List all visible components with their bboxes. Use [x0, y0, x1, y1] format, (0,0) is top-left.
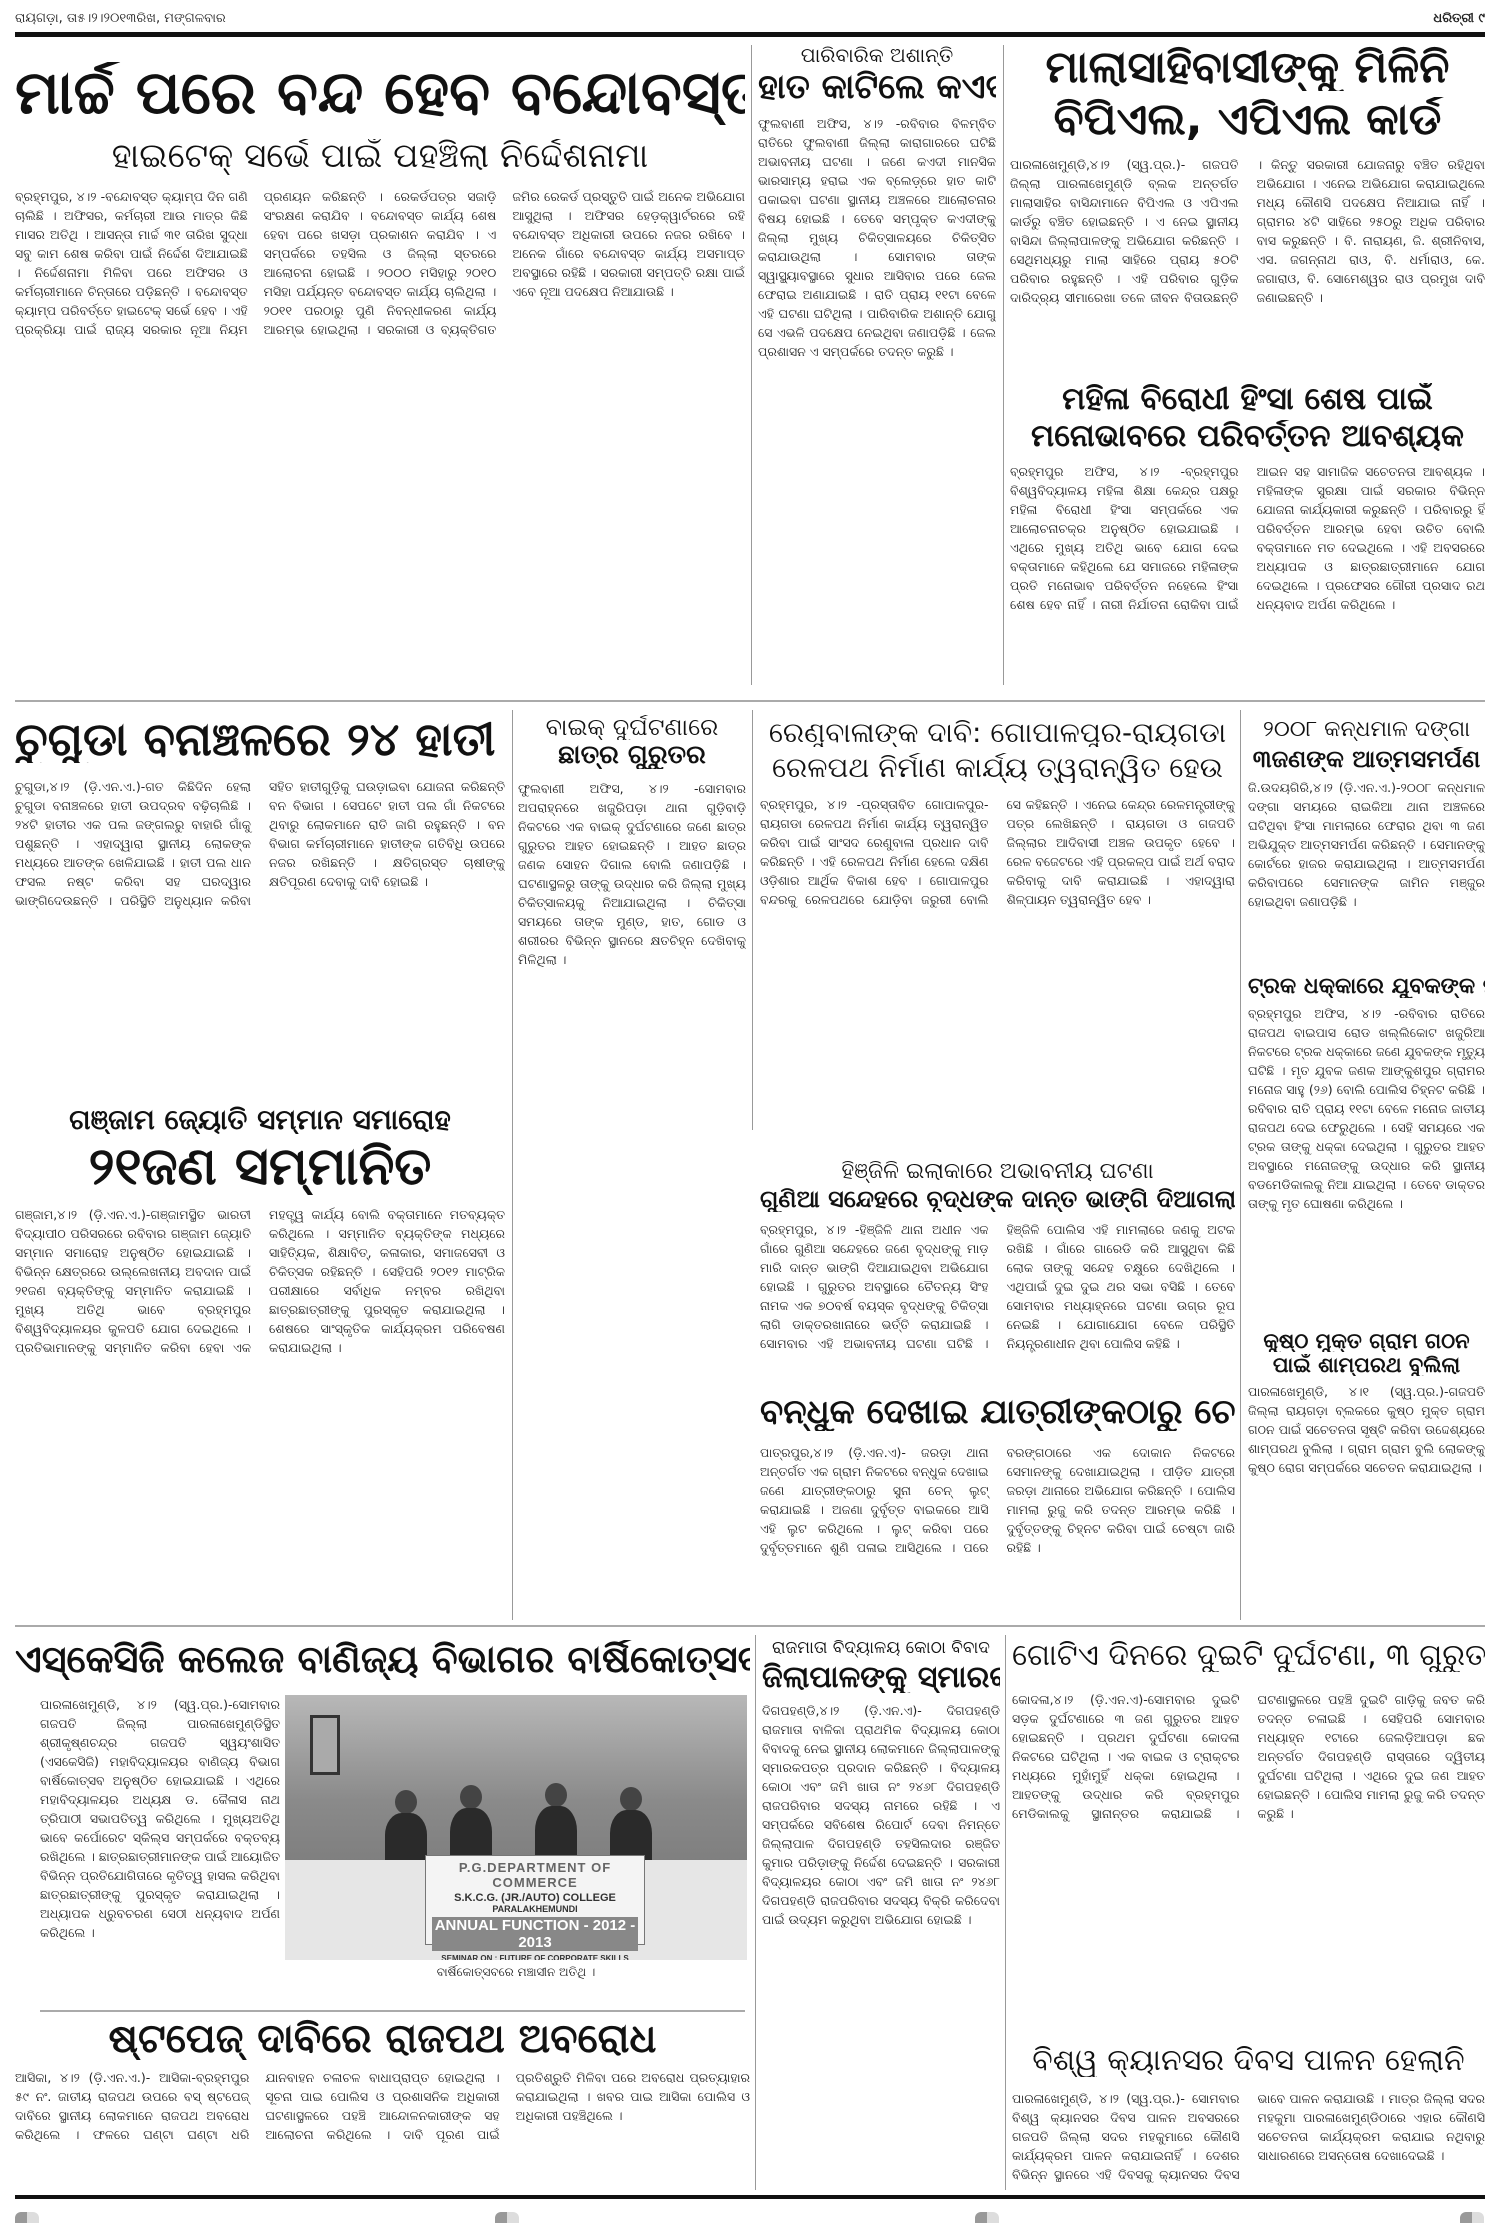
article-body: ପାରଳାଖେମୁଣ୍ଡି, ୪।୨ (ସ୍ୱ.ପ୍ର.)-ସୋମବାର ଗଜପ… — [40, 1695, 280, 1980]
door-shape — [310, 1715, 340, 1775]
article-kandhamal-riot: ୨୦୦୮ କନ୍ଧମାଳ ଦଙ୍ଗା ୩ଜଣଙ୍କ ଆତ୍ମସମର୍ପଣ ଜି.… — [1248, 718, 1485, 958]
event-photo: P.G.DEPARTMENT OF COMMERCE S.K.C.G. (JR.… — [285, 1695, 747, 1960]
article-women-violence: ମହିଳା ବିରୋଧୀ ହିଂସା ଶେଷ ପାଇଁ ମନୋଭାବରେ ପରି… — [1010, 383, 1485, 688]
header-rule — [15, 32, 1485, 37]
footer-rule — [15, 2195, 1485, 2199]
section-rule — [15, 1625, 1485, 1627]
event-banner: P.G.DEPARTMENT OF COMMERCE S.K.C.G. (JR.… — [425, 1855, 645, 1945]
article-prisoner: ପାରିବାରିକ ଅଶାନ୍ତି ହାତ କାଟିଲେ କଏଦୀ ଫୁଲବାଣ… — [758, 45, 996, 685]
article-elephants: ଚୁଗୁଡା ବନାଞ୍ଚଳରେ ୨୪ ହାତୀ ଚୁଗୁଡା,୪।୨ (ଡ଼ି… — [15, 715, 505, 1095]
headline: ଗୋଟିଏ ଦିନରେ ଦୁଇଟି ଦୁର୍ଘଟଣା, ୩ ଗୁରୁତର — [1012, 1640, 1485, 1672]
headline-line2: ୩ଜଣଙ୍କ ଆତ୍ମସମର୍ପଣ — [1248, 747, 1485, 772]
headline: ବିଶ୍ୱ କ୍ୟାନସର ଦିବସ ପାଳନ ହେଲାନି — [1012, 2045, 1485, 2077]
article-body: ବ୍ରହ୍ମପୁର, ୪।୨ -ପ୍ରସ୍ତାବିତ ଗୋପାଳପୁର-ରାୟଗ… — [760, 795, 1235, 1115]
page-header: ରାୟଗଡ଼ା, ତା୫।୨।୨୦୧୩ରିଖ, ମଙ୍ଗଳବାର ଧରିତ୍ରୀ… — [15, 4, 1485, 32]
person-head — [460, 1785, 482, 1809]
banner-text: PARALAKHEMUNDI — [426, 1904, 644, 1914]
photo-caption: ବାର୍ଷିକୋତ୍ସବରେ ମଞ୍ଚାସୀନ ଅତିଥି । — [285, 1965, 747, 1980]
headline-line1: ୨୦୦୮ କନ୍ଧମାଳ ଦଙ୍ଗା — [1248, 718, 1485, 741]
article-body: ପାରଳାଖେମୁଣ୍ଡି,୪।୨ (ସ୍ୱ.ପ୍ର.)- ଗଜପତି ଜିଲ୍… — [1010, 155, 1485, 335]
article-body: ଫୁଲବାଣୀ ଅଫିସ, ୪।୨ -ରବିବାର ବିଳମ୍ବିତ ରାତିର… — [758, 114, 996, 674]
headline-line1: ମାଲାସାହିବାସୀଙ୍କୁ ମିଳିନି — [1010, 45, 1485, 91]
article-two-accidents: ଗୋଟିଏ ଦିନରେ ଦୁଇଟି ଦୁର୍ଘଟଣା, ୩ ଗୁରୁତର କୋଦ… — [1012, 1640, 1485, 2035]
subhead: ହାଇଟେକ୍ ସର୍ଭେ ପାଇଁ ପହଞ୍ଚିଲା ନିର୍ଦ୍ଦେଶନାମ… — [15, 139, 745, 175]
person-head — [620, 1787, 642, 1811]
article-bpl-card: ମାଲାସାହିବାସୀଙ୍କୁ ମିଳିନି ବିପିଏଲ, ଏପିଏଲ କା… — [1010, 45, 1485, 335]
article-body: ବ୍ରହ୍ମପୁର, ୪।୨ -ବନ୍ଦୋବସ୍ତ କ୍ୟାମ୍ପ ଦିନ ଗଣ… — [15, 187, 745, 687]
banner-text: ANNUAL FUNCTION - 2012 - 2013 — [432, 1917, 638, 1951]
section-rule — [40, 2010, 745, 2012]
article-truck-accident: ଟ୍ରକ ଧକ୍କାରେ ଯୁବକଙ୍କ ମୃତ୍ୟୁ ବ୍ରହ୍ମପୁର ଅଫ… — [1248, 975, 1485, 1325]
banner-text: SEMINAR ON : FUTURE OF CORPORATE SKILLS — [426, 1954, 644, 1960]
headline: ଗୁଣିଆ ସନ୍ଦେହରେ ବୃଦ୍ଧଙ୍କ ଦାନ୍ତ ଭାଙ୍ଗି ଦିଆ… — [760, 1187, 1235, 1212]
article-ganjam-jyoti: ଗଞ୍ଜାମ ଜ୍ୟୋତି ସମ୍ମାନ ସମାରୋହ ୨୧ଜଣ ସମ୍ମାନି… — [15, 1105, 505, 1620]
kicker: ପାରିବାରିକ ଅଶାନ୍ତି — [758, 45, 996, 66]
article-railway-demand: ରେଣୁବାଳାଙ୍କ ଦାବି: ଗୋପାଳପୁର-ରାୟଗଡା ରେଳପଥ … — [760, 718, 1235, 1138]
headline-line2: ବିପିଏଲ, ଏପିଏଲ କାର୍ଡ — [1010, 97, 1485, 143]
article-skcg-annual-function: ଏସ୍‌କେସିଜି କଲେଜ ବାଣିଜ୍ୟ ବିଭାଗର ବାର୍ଷିକୋତ… — [15, 1640, 750, 1980]
kicker: ରାଜମାତା ବିଦ୍ୟାଳୟ କୋଠା ବିବାଦ — [762, 1640, 1000, 1658]
dateline: ରାୟଗଡ଼ା, ତା୫।୨।୨୦୧୩ରିଖ, ମଙ୍ଗଳବାର — [15, 11, 226, 26]
article-body: ଆସିକା, ୪।୨ (ଡ଼ି.ଏନ.ଏ.)- ଆସିକା-ବ୍ରହ୍ମପୁର … — [15, 2068, 750, 2183]
registration-mark — [975, 2212, 999, 2223]
person-head — [395, 1790, 417, 1814]
article-body: କୋଦଳା,୪।୨ (ଡ଼ି.ଏନ.ଏ)-ସୋମବାର ଦୁଇଟି ସଡ଼କ ଦ… — [1012, 1690, 1485, 2020]
registration-mark — [495, 2212, 519, 2223]
article-body: ବ୍ରହ୍ମପୁର ଅଫିସ, ୪।୨ -ବ୍ରହ୍ମପୁର ବିଶ୍ୱବିଦ୍… — [1010, 462, 1485, 677]
article-body: ଚୁଗୁଡା,୪।୨ (ଡ଼ି.ଏନ.ଏ.)-ଗତ କିଛିଦିନ ହେଲା ଚ… — [15, 777, 505, 1077]
section-rule — [15, 700, 1485, 702]
banner-text: P.G.DEPARTMENT OF COMMERCE — [426, 1860, 644, 1890]
article-highway-blockade: ଷ୍ଟପେଜ୍ ଦାବିରେ ରାଜପଥ ଅବରୋଧ ଆସିକା, ୪।୨ (ଡ… — [15, 2018, 750, 2190]
headline: ୨୧ଜଣ ସମ୍ମାନିତ — [15, 1140, 505, 1195]
banner-text: S.K.C.G. (JR./AUTO) COLLEGE — [426, 1892, 644, 1904]
divider — [755, 1635, 756, 2190]
article-body: ଜି.ଉଦୟଗିରି,୪।୨ (ଡ଼ି.ଏନ.ଏ.)-୨୦୦୮ କନ୍ଧମାଳ … — [1248, 778, 1485, 953]
article-body: ଗଞ୍ଜାମ,୪।୨ (ଡ଼ି.ଏନ.ଏ.)-ଗଞ୍ଜାମସ୍ଥିତ ଭାରତୀ… — [15, 1205, 505, 1605]
divider — [1003, 45, 1004, 685]
article-body: ପାତ୍ରପୁର,୪।୨ (ଡ଼ି.ଏନ.ଏ)- ଜରଡ଼ା ଥାନା ଅନ୍ତ… — [760, 1443, 1235, 1608]
headline-line1: ମହିଳା ବିରୋଧୀ ହିଂସା ଶେଷ ପାଇଁ — [1010, 383, 1485, 416]
headline: ମାର୍ଚ୍ଚ ପରେ ବନ୍ଦ ହେବ ବନ୍ଦୋବସ୍ତ କ୍ୟାମ୍ପ — [15, 62, 745, 125]
headline: ଟ୍ରକ ଧକ୍କାରେ ଯୁବକଙ୍କ ମୃତ୍ୟୁ — [1248, 975, 1485, 998]
registration-mark — [15, 2212, 39, 2223]
article-body: ପାରଳାଖେମୁଣ୍ଡି, ୪।୨ (ସ୍ୱ.ପ୍ର.)- ସୋମବାର ବି… — [1012, 2089, 1485, 2184]
headline: ଏସ୍‌କେସିଜି କଲେଜ ବାଣିଜ୍ୟ ବିଭାଗର ବାର୍ଷିକୋତ… — [15, 1640, 750, 1680]
headline: ଜିଲାପାଳଙ୍କୁ ସ୍ମାରକପତ୍ର — [762, 1662, 1000, 1694]
headline-line1: ବାଇକ୍ ଦୁର୍ଘଟଣାରେ — [518, 715, 746, 740]
person-head — [545, 1783, 567, 1807]
article-cancer-day: ବିଶ୍ୱ କ୍ୟାନସର ଦିବସ ପାଳନ ହେଲାନି ପାରଳାଖେମୁ… — [1012, 2045, 1485, 2190]
article-body: ବ୍ରହ୍ମପୁର ଅଫିସ, ୪।୨ -ରବିବାର ରାତିରେ ରାଜପଥ… — [1248, 1004, 1485, 1314]
divider — [751, 45, 752, 685]
article-body: ପାରଳାଖେମୁଣ୍ଡି, ୪।୧ (ସ୍ୱ.ପ୍ର.)-ଗଜପତି ଜିଲ୍… — [1248, 1382, 1485, 1602]
kicker: ଗଞ୍ଜାମ ଜ୍ୟୋତି ସମ୍ମାନ ସମାରୋହ — [15, 1105, 505, 1134]
page-label: ଧରିତ୍ରୀ ୯ — [1433, 11, 1485, 26]
headline: ଚୁଗୁଡା ବନାଞ୍ଚଳରେ ୨୪ ହାତୀ — [15, 715, 505, 763]
divider — [752, 710, 753, 1130]
article-rajmata-school: ରାଜମାତା ବିଦ୍ୟାଳୟ କୋଠା ବିବାଦ ଜିଲାପାଳଙ୍କୁ … — [762, 1640, 1000, 2190]
registration-mark — [1460, 2212, 1484, 2223]
headline-line1: ରେଣୁବାଳାଙ୍କ ଦାବି: ଗୋପାଳପୁର-ରାୟଗଡା — [760, 718, 1235, 747]
article-settlement-camp: ମାର୍ଚ୍ଚ ପରେ ବନ୍ଦ ହେବ ବନ୍ଦୋବସ୍ତ କ୍ୟାମ୍ପ ହ… — [15, 40, 745, 690]
headline-line1: କୁଷ୍ଠ ମୁକ୍ତ ଗ୍ରାମ ଗଠନ — [1248, 1330, 1485, 1352]
article-bike-accident: ବାଇକ୍ ଦୁର୍ଘଟଣାରେ ଛାତ୍ର ଗୁରୁତର ଫୁଲବାଣୀ ଅଫ… — [518, 715, 746, 1615]
divider — [1005, 1635, 1006, 2190]
headline: ଷ୍ଟପେଜ୍ ଦାବିରେ ରାଜପଥ ଅବରୋଧ — [15, 2018, 750, 2060]
divider — [1240, 710, 1241, 1620]
headline: ବନ୍ଧୁକ ଦେଖାଇ ଯାତ୍ରୀଙ୍କଠାରୁ ଚେନ୍ ଲୁଟ୍ — [760, 1395, 1235, 1431]
article-hinjili-witchcraft: ହିଞ୍ଜିଳି ଇଲାକାରେ ଅଭାବନୀୟ ଘଟଣା ଗୁଣିଆ ସନ୍ଦ… — [760, 1160, 1235, 1380]
article-body: ଦିଗପହଣ୍ଡି,୪।୨ (ଡ଼ି.ଏନ.ଏ)- ଦିଗପହଣ୍ଡି ରାଜମ… — [762, 1701, 1000, 2176]
headline-line2: ଛାତ୍ର ଗୁରୁତର — [518, 742, 746, 769]
article-chain-loot: ବନ୍ଧୁକ ଦେଖାଇ ଯାତ୍ରୀଙ୍କଠାରୁ ଚେନ୍ ଲୁଟ୍ ପାତ… — [760, 1395, 1235, 1620]
headline-line2: ରେଳପଥ ନିର୍ମାଣ କାର୍ଯ୍ୟ ତ୍ୱରାନ୍ୱିତ ହେଉ — [760, 753, 1235, 782]
article-body: ଫୁଲବାଣୀ ଅଫିସ, ୪।୨ -ସୋମବାର ଅପରାହ୍ନରେ ଖଜୁର… — [518, 779, 746, 1599]
headline-line2: ପାଇଁ ଶାମ୍ପରଥ ବୁଲିଲା — [1248, 1354, 1485, 1376]
article-body: ବ୍ରହ୍ମପୁର, ୪।୨ -ହିଞ୍ଜିଳି ଥାନା ଅଧୀନ ଏକ ଗା… — [760, 1220, 1235, 1370]
article-leprosy-free: କୁଷ୍ଠ ମୁକ୍ତ ଗ୍ରାମ ଗଠନ ପାଇଁ ଶାମ୍ପରଥ ବୁଲିଲ… — [1248, 1330, 1485, 1620]
divider — [512, 710, 513, 1620]
kicker: ହିଞ୍ଜିଳି ଇଲାକାରେ ଅଭାବନୀୟ ଘଟଣା — [760, 1160, 1235, 1183]
headline: ହାତ କାଟିଲେ କଏଦୀ — [758, 70, 996, 106]
headline-line2: ମନୋଭାବରେ ପରିବର୍ତ୍ତନ ଆବଶ୍ୟକ — [1010, 420, 1485, 453]
